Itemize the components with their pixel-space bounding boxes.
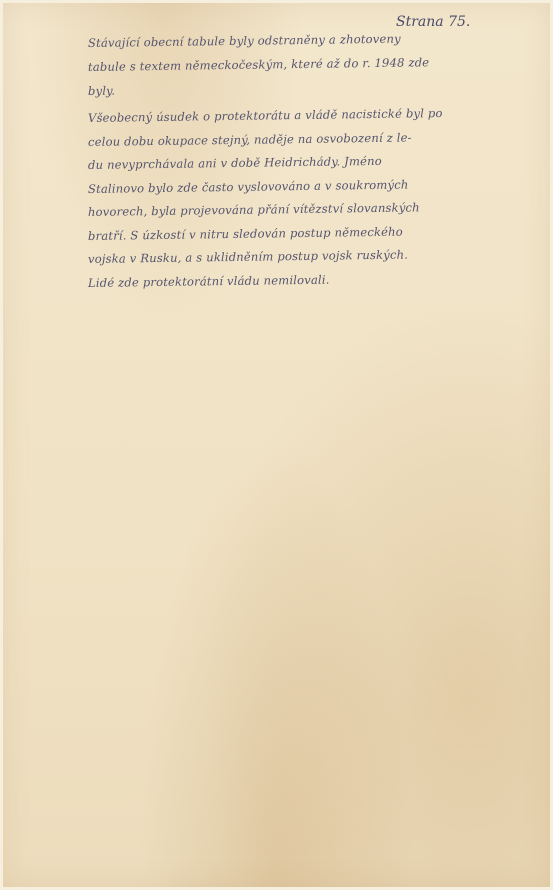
text-line: Stalinovo bylo zde často vyslovováno a v… [88, 176, 518, 196]
text-line: celou dobu okupace stejný, naděje na osv… [88, 129, 518, 149]
text-line: byly. [88, 78, 518, 98]
chronicle-page: Strana 75. Stávající obecní tabule byly … [0, 0, 553, 890]
text-line: vojska v Rusku, a s uklidněním postup vo… [88, 246, 518, 266]
text-line: tabule s textem německočeským, které až … [88, 54, 518, 74]
text-line: Stávající obecní tabule byly odstraněny … [88, 30, 518, 50]
text-line: Všeobecný úsudek o protektorátu a vládě … [88, 105, 518, 125]
page-number: Strana 75. [396, 14, 470, 30]
text-line: bratří. S úzkostí v nitru sledován postu… [88, 223, 518, 243]
text-line: du nevyprchávala ani v době Heidrichády.… [88, 152, 518, 172]
text-line: Lidé zde protektorátní vládu nemilovali. [88, 270, 518, 290]
text-line: hovorech, byla projevována přání vítězst… [88, 199, 518, 219]
